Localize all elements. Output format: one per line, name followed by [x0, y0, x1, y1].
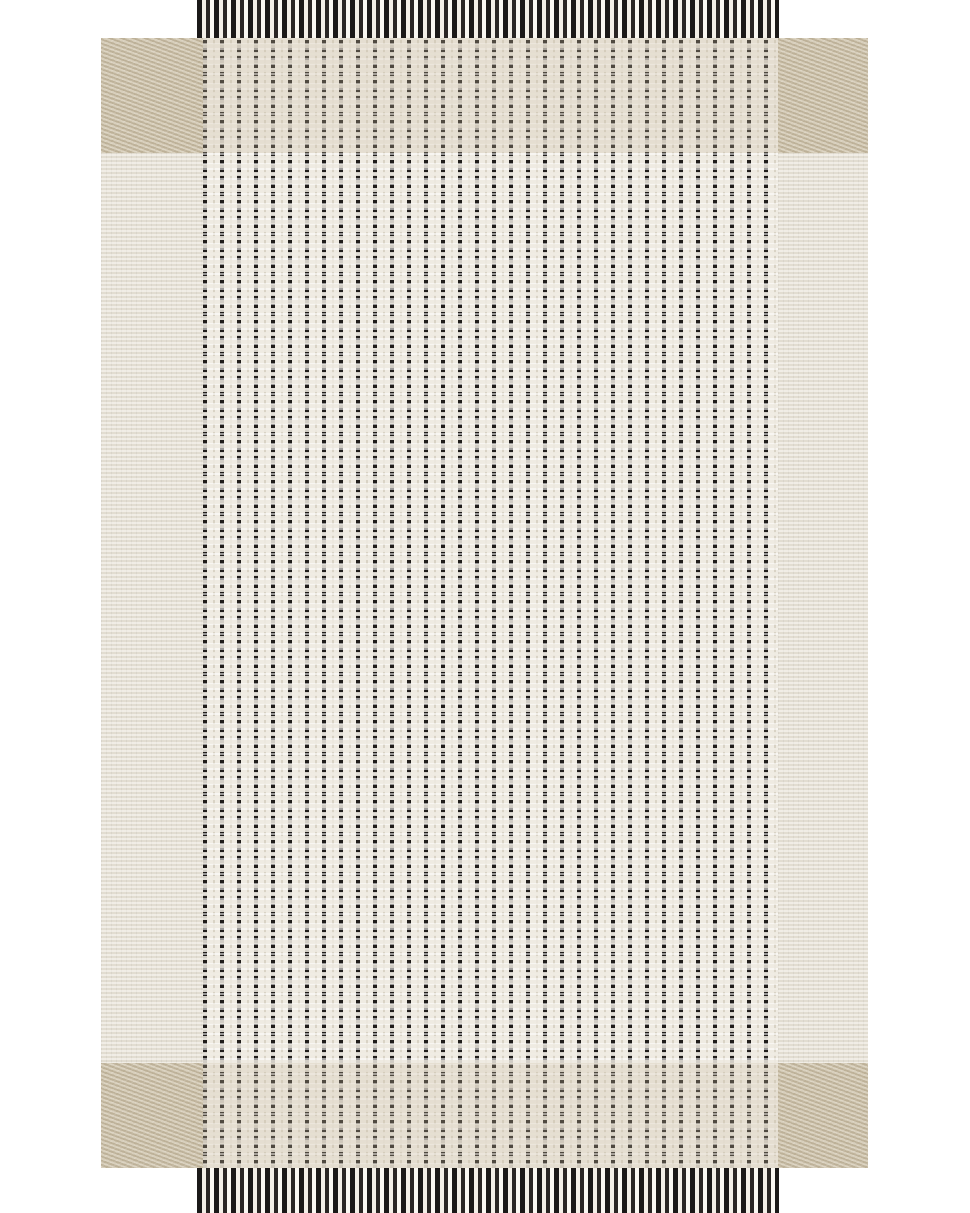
bottom-fringe	[197, 1168, 779, 1213]
top-left-corner-block	[101, 38, 203, 153]
center-striped-field	[203, 38, 778, 1168]
rug	[101, 38, 868, 1168]
top-right-corner-block	[778, 38, 868, 153]
top-fringe	[197, 0, 779, 40]
bottom-right-corner-block	[778, 1063, 868, 1168]
top-tan-band	[203, 38, 778, 153]
right-side-panel	[778, 38, 868, 1168]
left-side-panel	[101, 38, 203, 1168]
bottom-left-corner-block	[101, 1063, 203, 1168]
bottom-tan-band	[203, 1063, 778, 1168]
